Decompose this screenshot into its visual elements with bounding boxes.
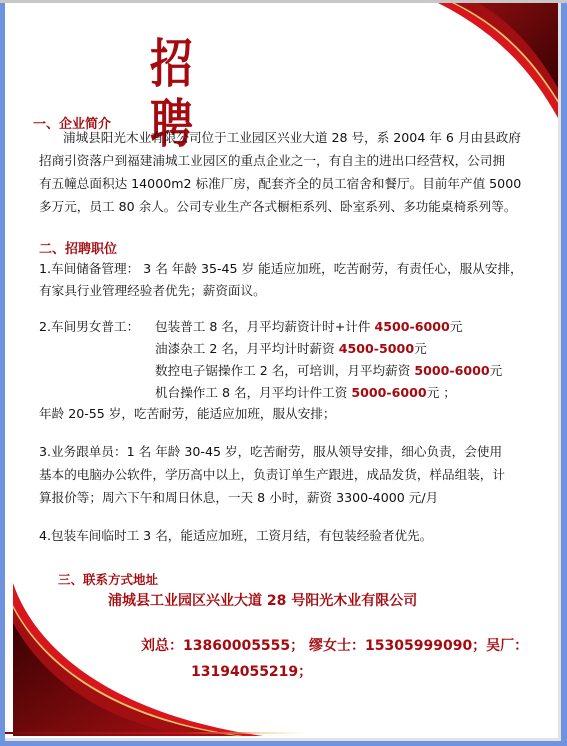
job1-line-2: 有家具行业管理经验者优先；薪资面议。	[39, 279, 266, 302]
corner-ribbon-top-right	[418, 3, 558, 118]
salary-unit: 元 ；	[427, 385, 456, 400]
position-desc: 油漆杂工 2 名，月平均计时薪资	[155, 341, 339, 356]
job2-position-1: 包装普工 8 名，月平均薪资计时+计件 4500-6000元	[155, 315, 462, 338]
job4-line: 4.包装车间临时工 3 名，能适应加班，工资月结，有包装经验者优先。	[39, 524, 432, 547]
salary-range: 4500-5000	[339, 341, 414, 356]
job3-line-2: 基本的电脑办公软件，学历高中以上，负责订单生产跟进，成品发货，样品组装，计	[39, 463, 505, 486]
recruitment-poster-page: 招 聘 一、企业简介 浦城县阳光木业有限公司位于工业园区兴业大道 28 号，系 …	[5, 3, 561, 741]
section-heading-positions: 二、招聘职位	[39, 238, 117, 257]
contact-phones-line-1: 刘总：13860005555； 缪女士：15305999090；吴厂：	[141, 635, 528, 655]
intro-line-3: 有五幢总面积达 14000m2 标准厂房，配套齐全的员工宿舍和餐厅。目前年产值 …	[39, 172, 521, 195]
contact-phones-line-2: 13194055219；	[191, 661, 312, 681]
salary-unit: 元	[450, 319, 463, 334]
company-address: 浦城县工业园区兴业大道 28 号阳光木业有限公司	[108, 590, 417, 610]
job3-line-1: 3.业务跟单员：1 名 年龄 30-45 岁，吃苦耐劳，服从领导安排，细心负责，…	[39, 440, 502, 463]
salary-range: 5000-6000	[414, 363, 489, 378]
intro-line-1: 浦城县阳光木业有限公司位于工业园区兴业大道 28 号，系 2004 年 6 月由…	[63, 126, 521, 149]
position-desc: 机台操作工 8 名，月平均计件工资	[155, 385, 351, 400]
intro-line-4: 多万元，员工 80 余人。公司专业生产各式橱柜系列、卧室系列、多功能桌椅系列等。	[39, 195, 516, 218]
job2-position-3: 数控电子锯操作工 2 名，可培训，月平均薪资 5000-6000元	[155, 359, 502, 382]
position-desc: 包装普工 8 名，月平均薪资计时+计件	[155, 319, 374, 334]
salary-unit: 元	[490, 363, 503, 378]
salary-range: 4500-6000	[374, 319, 449, 334]
position-desc: 数控电子锯操作工 2 名，可培训，月平均薪资	[155, 363, 414, 378]
job2-requirement: 年龄 20-55 岁，吃苦耐劳，能适应加班，服从安排；	[39, 402, 335, 425]
job2-label: 2.车间男女普工：	[39, 315, 139, 338]
salary-unit: 元	[414, 341, 427, 356]
section-heading-contact: 三、联系方式地址	[58, 570, 158, 588]
job3-line-3: 算报价等；周六下午和周日休息，一天 8 小时，薪资 3300-4000 元/月	[39, 486, 438, 509]
bottom-divider	[5, 732, 305, 734]
job2-position-4: 机台操作工 8 名，月平均计件工资 5000-6000元 ；	[155, 381, 456, 404]
job1-line-1: 1.车间储备管理： 3 名 年龄 35-45 岁 能适应加班，吃苦耐劳，有责任心…	[39, 257, 523, 280]
intro-line-2: 招商引资落户到福建浦城工业园区的重点企业之一，有自主的进出口经营权，公司拥	[39, 149, 505, 172]
job2-position-2: 油漆杂工 2 名，月平均计时薪资 4500-5000元	[155, 337, 427, 360]
salary-range: 5000-6000	[351, 385, 426, 400]
